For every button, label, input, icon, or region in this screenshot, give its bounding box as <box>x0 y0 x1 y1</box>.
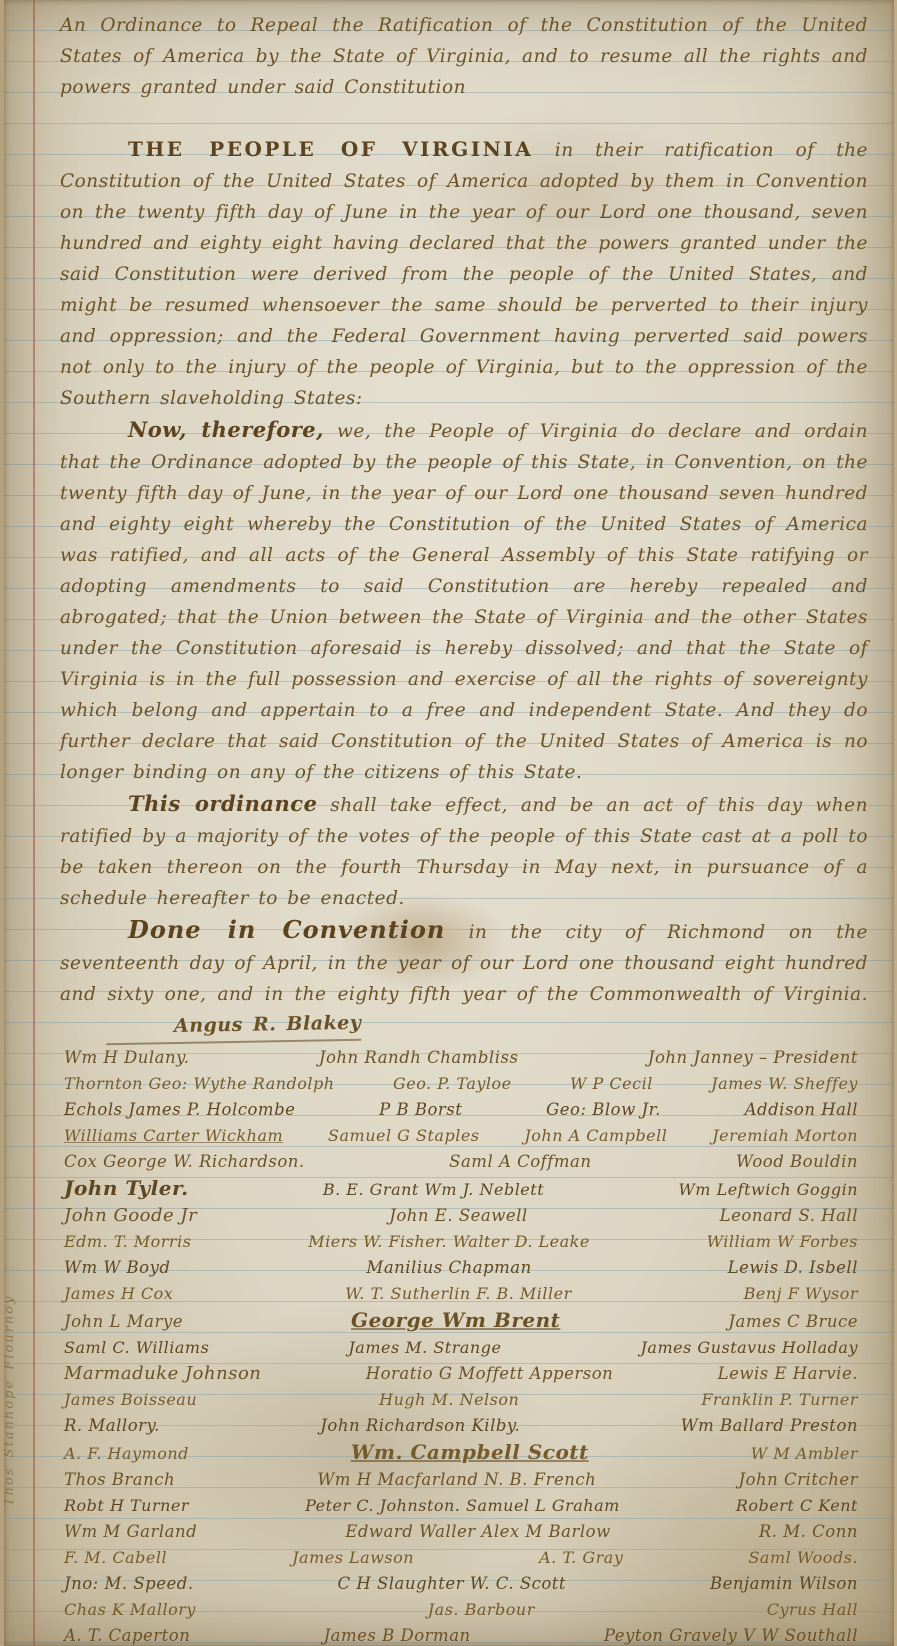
signature-row: Saml C. Williams James M. Strange James … <box>60 1335 862 1361</box>
signature-cell: John A Campbell <box>520 1123 671 1149</box>
signature-row: Echols James P. Holcombe P B Borst Geo: … <box>60 1097 862 1123</box>
signature-cell: Franklin P. Turner <box>697 1387 862 1413</box>
signature-cell: Saml Woods. <box>744 1545 862 1571</box>
signature-row: James H Cox W. T. Sutherlin F. B. Miller… <box>60 1281 862 1307</box>
signature-cell: W M Ambler <box>747 1441 862 1467</box>
signature-row: Williams Carter Wickham Samuel G Staples… <box>60 1123 862 1149</box>
paragraph-done-in-convention: Done in Convention in the city of Richmo… <box>60 914 868 1043</box>
signature-row: John Tyler. B. E. Grant Wm J. Neblett Wm… <box>60 1175 862 1203</box>
signature-cell: Williams Carter Wickham <box>60 1123 287 1149</box>
signature-cell: A. T. Gray <box>535 1545 627 1571</box>
signature-cell: Peter C. Johnston. Samuel L Graham <box>301 1493 624 1519</box>
signature-cell: John Goode Jr <box>60 1203 201 1229</box>
signature-cell: Geo. P. Tayloe <box>389 1071 516 1097</box>
signature-cell: Edm. T. Morris <box>60 1229 195 1255</box>
signature-cell: Wm Leftwich Goggin <box>674 1177 862 1203</box>
signature-cell: James B Dorman <box>320 1623 475 1646</box>
signature-cell: Lewis D. Isbell <box>724 1255 862 1281</box>
signature-cell: P B Borst <box>375 1097 466 1123</box>
signature-row: Wm M Garland Edward Waller Alex M Barlow… <box>60 1519 862 1545</box>
signature-cell: Wood Bouldin <box>732 1149 862 1175</box>
signature-cell: R. Mallory. <box>60 1413 164 1439</box>
paragraph-people-of-virginia: THE PEOPLE OF VIRGINIA in their ratifica… <box>60 134 868 414</box>
signature-cell: James Boisseau <box>60 1387 201 1413</box>
signature-cell: A. T. Caperton <box>60 1623 194 1646</box>
signature-cell: Addison Hall <box>741 1097 862 1123</box>
document-body: An Ordinance to Repeal the Ratification … <box>4 0 894 1646</box>
signature-row: Wm H Dulany. John Randh Chambliss John J… <box>60 1045 862 1071</box>
signature-cell: John Janney – President <box>644 1045 862 1071</box>
signature-cell: John Richardson Kilby. <box>316 1413 524 1439</box>
signature-cell: Wm M Garland <box>60 1519 201 1545</box>
signature-row: A. F. Haymond Wm. Campbell Scott W M Amb… <box>60 1439 862 1467</box>
signature-cell: Wm. Campbell Scott <box>347 1439 593 1465</box>
signature-cell: W. T. Sutherlin F. B. Miller <box>341 1281 576 1307</box>
signature-cell: Manilius Chapman <box>362 1255 535 1281</box>
signature-cell: Peyton Gravely V W Southall <box>600 1623 862 1646</box>
paragraph-lead-now-therefore: Now, therefore, <box>128 417 324 442</box>
paragraph-lead-done-in-convention: Done in Convention <box>128 915 445 944</box>
signature-cell: W P Cecil <box>566 1071 657 1097</box>
signature-cell: Horatio G Moffett Apperson <box>362 1361 618 1387</box>
signature-cell: Lewis E Harvie. <box>714 1361 862 1387</box>
signature-cell: Benj F Wysor <box>740 1281 862 1307</box>
signature-row: A. T. Caperton James B Dorman Peyton Gra… <box>60 1623 862 1646</box>
signature-cell: Hugh M. Nelson <box>375 1387 523 1413</box>
signature-cell: Jno: M. Speed. <box>60 1571 198 1597</box>
signature-cell: Samuel G Staples <box>324 1123 483 1149</box>
signature-row: Robt H Turner Peter C. Johnston. Samuel … <box>60 1493 862 1519</box>
signature-row: James Boisseau Hugh M. Nelson Franklin P… <box>60 1387 862 1413</box>
signature-cell: George Wm Brent <box>347 1307 564 1333</box>
signature-cell: Miers W. Fisher. Walter D. Leake <box>304 1229 594 1255</box>
signature-cell: Jas. Barbour <box>424 1597 539 1623</box>
ordinance-title: An Ordinance to Repeal the Ratification … <box>60 10 868 103</box>
signature-cell: Echols James P. Holcombe <box>60 1097 299 1123</box>
signature-cell: Thos Branch <box>60 1467 179 1493</box>
signature-row: F. M. Cabell James Lawson A. T. Gray Sam… <box>60 1545 862 1571</box>
signature-row: John Goode Jr John E. Seawell Leonard S.… <box>60 1203 862 1229</box>
signature-cell: C H Slaughter W. C. Scott <box>333 1571 570 1597</box>
signature-row: Marmaduke Johnson Horatio G Moffett Appe… <box>60 1361 862 1387</box>
paragraph-body-now-therefore: we, the People of Virginia do declare an… <box>60 421 868 783</box>
signature-cell: Cyrus Hall <box>763 1597 862 1623</box>
signature-cell: Saml C. Williams <box>60 1335 213 1361</box>
signature-cell: Robert C Kent <box>732 1493 862 1519</box>
signature-row: Chas K Mallory Jas. Barbour Cyrus Hall <box>60 1597 862 1623</box>
signature-cell: John Tyler. <box>60 1175 193 1201</box>
paragraph-now-therefore: Now, therefore, we, the People of Virgin… <box>60 414 868 788</box>
signature-cell: Edward Waller Alex M Barlow <box>341 1519 614 1545</box>
signature-cell: Jeremiah Morton <box>708 1123 862 1149</box>
signature-row: Thos Branch Wm H Macfarland N. B. French… <box>60 1467 862 1493</box>
signature-cell: F. M. Cabell <box>60 1545 171 1571</box>
signature-cell: John Critcher <box>734 1467 862 1493</box>
signature-row: Jno: M. Speed. C H Slaughter W. C. Scott… <box>60 1571 862 1597</box>
signature-cell: James Lawson <box>288 1545 418 1571</box>
signature-cell: Wm W Boyd <box>60 1255 175 1281</box>
signature-cell: Leonard S. Hall <box>716 1203 862 1229</box>
signature-row: John L Marye George Wm Brent James C Bru… <box>60 1307 862 1335</box>
signature-row: Thornton Geo: Wythe Randolph Geo. P. Tay… <box>60 1071 862 1097</box>
signature-cell: A. F. Haymond <box>60 1441 193 1467</box>
signature-cell: James W. Sheffey <box>707 1071 862 1097</box>
signature-cell: James Gustavus Holladay <box>637 1335 862 1361</box>
signature-cell: John L Marye <box>60 1309 187 1335</box>
signature-angus-blakey: Angus R. Blakey <box>106 1008 362 1045</box>
signature-block: Wm H Dulany. John Randh Chambliss John J… <box>60 1045 868 1646</box>
signature-cell: William W Forbes <box>703 1229 862 1255</box>
signature-cell: Benjamin Wilson <box>706 1571 862 1597</box>
signature-cell: Robt H Turner <box>60 1493 193 1519</box>
signature-row: Cox George W. Richardson. Saml A Coffman… <box>60 1149 862 1175</box>
signature-cell: Saml A Coffman <box>445 1149 595 1175</box>
paragraph-lead-take-effect: This ordinance <box>128 791 317 816</box>
signature-cell: James C Bruce <box>724 1309 862 1335</box>
signature-cell: Geo: Blow Jr. <box>542 1097 665 1123</box>
signature-cell: Wm Ballard Preston <box>677 1413 862 1439</box>
signature-cell: B. E. Grant Wm J. Neblett <box>319 1177 548 1203</box>
signature-cell: Marmaduke Johnson <box>60 1361 265 1387</box>
paragraph-take-effect: This ordinance shall take effect, and be… <box>60 788 868 914</box>
signature-cell: John Randh Chambliss <box>315 1045 523 1071</box>
signature-cell: James M. Strange <box>344 1335 505 1361</box>
signature-cell: James H Cox <box>60 1281 177 1307</box>
signature-cell: R. M. Conn <box>755 1519 862 1545</box>
paragraph-lead-people: THE PEOPLE OF VIRGINIA <box>128 137 533 161</box>
signature-cell: Cox George W. Richardson. <box>60 1149 309 1175</box>
signature-cell: Wm H Dulany. <box>60 1045 193 1071</box>
signature-cell: John E. Seawell <box>385 1203 531 1229</box>
ordinance-page: Thos Stanhope Flournoy An Ordinance to R… <box>0 0 897 1646</box>
signature-cell: Wm H Macfarland N. B. French <box>313 1467 600 1493</box>
signature-row: Edm. T. Morris Miers W. Fisher. Walter D… <box>60 1229 862 1255</box>
signature-cell: Thornton Geo: Wythe Randolph <box>60 1071 339 1097</box>
signature-cell: Chas K Mallory <box>60 1597 200 1623</box>
signature-row: Wm W Boyd Manilius Chapman Lewis D. Isbe… <box>60 1255 862 1281</box>
signature-row: R. Mallory. John Richardson Kilby. Wm Ba… <box>60 1413 862 1439</box>
paragraph-body-people: in their ratification of the Constitutio… <box>60 140 868 409</box>
